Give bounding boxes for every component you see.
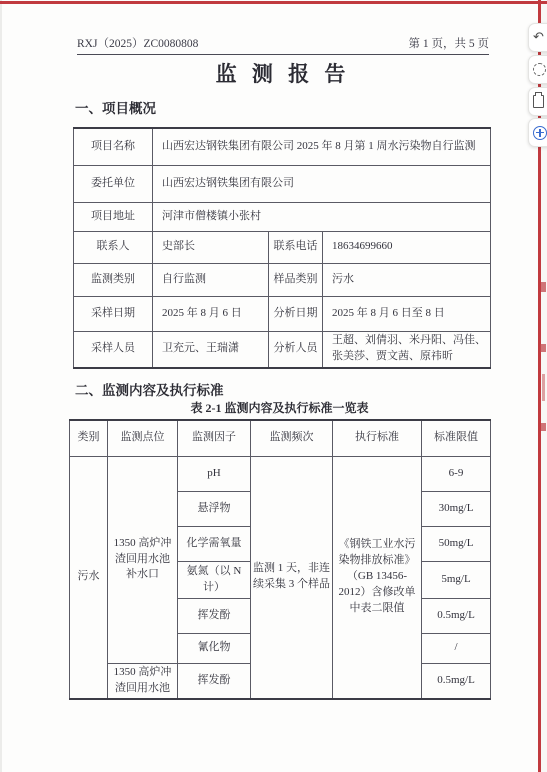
monitoring-point-cell: 1350 高炉冲渣回用水池补水口 <box>108 456 178 663</box>
factor-cell: 化学需氧量 <box>178 526 251 561</box>
limit-cell: 0.5mg/L <box>422 663 491 699</box>
red-stamp-fragment <box>541 423 546 431</box>
document-number: RXJ（2025）ZC0080808 <box>77 35 198 51</box>
category-cell: 污水 <box>70 456 108 699</box>
info-label-cell: 采样人员 <box>74 331 153 368</box>
limit-cell: 6-9 <box>422 456 491 491</box>
frequency-cell: 监测 1 天，非连续采集 3 个样品 <box>251 456 333 699</box>
info-row: 采样人员卫充元、王瑞潇分析人员王超、刘倩羽、米丹阳、冯佳、张美莎、贾文茜、原祎昕 <box>74 331 491 368</box>
info-value-cell: 2025 年 8 月 6 日 <box>153 296 269 331</box>
info-label-cell: 分析日期 <box>269 296 323 331</box>
info-value-cell: 山西宏达钢铁集团有限公司 2025 年 8 月第 1 周水污染物自行监测 <box>153 128 491 165</box>
info-row: 项目地址河津市僧楼镇小张村 <box>74 202 491 231</box>
info-row: 采样日期2025 年 8 月 6 日分析日期2025 年 8 月 6 日至 8 … <box>74 296 491 331</box>
factor-cell: 挥发酚 <box>178 598 251 633</box>
factor-cell: pH <box>178 456 251 491</box>
monitoring-table-body: 类别监测点位监测因子监测频次执行标准标准限值污水1350 高炉冲渣回用水池补水口… <box>70 420 491 699</box>
info-value-cell: 山西宏达钢铁集团有限公司 <box>153 165 491 202</box>
info-label-cell: 项目名称 <box>74 128 153 165</box>
project-info-table-body: 项目名称山西宏达钢铁集团有限公司 2025 年 8 月第 1 周水污染物自行监测… <box>74 128 491 368</box>
standard-cell: 《钢铁工业水污染物排放标准》（GB 13456-2012）含修改单中表二限值 <box>333 456 422 699</box>
monitor-row: 污水1350 高炉冲渣回用水池补水口pH监测 1 天，非连续采集 3 个样品《钢… <box>70 456 491 491</box>
report-title: 监 测 报 告 <box>77 58 489 88</box>
rotate-button[interactable] <box>528 55 547 84</box>
monitoring-point-cell: 1350 高炉冲渣回用水池 <box>108 663 178 699</box>
rotate-dashed-icon <box>533 63 546 76</box>
limit-cell: 50mg/L <box>422 526 491 561</box>
factor-cell: 挥发酚 <box>178 663 251 699</box>
limit-cell: / <box>422 633 491 663</box>
info-value-cell: 卫充元、王瑞潇 <box>153 331 269 368</box>
monitoring-standards-table: 类别监测点位监测因子监测频次执行标准标准限值污水1350 高炉冲渣回用水池补水口… <box>69 419 491 700</box>
project-info-table: 项目名称山西宏达钢铁集团有限公司 2025 年 8 月第 1 周水污染物自行监测… <box>73 127 491 369</box>
info-label-cell: 监测类别 <box>74 263 153 296</box>
page-number-text: 第 1 页，共 5 页 <box>409 35 490 51</box>
monitor-header-cell: 监测因子 <box>178 420 251 456</box>
copy-button[interactable] <box>528 87 547 116</box>
undo-button[interactable]: ↶ <box>528 23 547 52</box>
info-row: 项目名称山西宏达钢铁集团有限公司 2025 年 8 月第 1 周水污染物自行监测 <box>74 128 491 165</box>
limit-cell: 30mg/L <box>422 491 491 526</box>
info-label-cell: 样品类别 <box>269 263 323 296</box>
page-top-red-border <box>0 1 547 4</box>
red-stamp-fragment <box>541 282 546 292</box>
factor-cell: 氨氮（以 N 计） <box>178 561 251 598</box>
monitor-header-cell: 监测频次 <box>251 420 333 456</box>
monitor-header-cell: 监测点位 <box>108 420 178 456</box>
table2-caption: 表 2-1 监测内容及执行标准一览表 <box>69 399 490 416</box>
info-row: 监测类别自行监测样品类别污水 <box>74 263 491 296</box>
info-value-cell: 河津市僧楼镇小张村 <box>153 202 491 231</box>
factor-cell: 氰化物 <box>178 633 251 663</box>
section1-heading: 一、项目概况 <box>75 97 156 117</box>
info-row: 委托单位山西宏达钢铁集团有限公司 <box>74 165 491 202</box>
monitor-header-row: 类别监测点位监测因子监测频次执行标准标准限值 <box>70 420 491 456</box>
info-label-cell: 采样日期 <box>74 296 153 331</box>
info-value-cell: 污水 <box>323 263 491 296</box>
info-label-cell: 项目地址 <box>74 202 153 231</box>
document-header: RXJ（2025）ZC0080808 第 1 页，共 5 页 <box>77 33 489 55</box>
monitor-header-cell: 标准限值 <box>422 420 491 456</box>
red-stamp-fragment <box>542 374 545 401</box>
limit-cell: 5mg/L <box>422 561 491 598</box>
zoom-in-icon <box>533 126 547 140</box>
info-value-cell: 18634699660 <box>323 231 491 263</box>
undo-arrow-icon: ↶ <box>533 31 544 44</box>
scan-left-edge <box>0 0 2 772</box>
info-label-cell: 联系电话 <box>269 231 323 263</box>
info-row: 联系人史部长联系电话18634699660 <box>74 231 491 263</box>
info-value-cell: 王超、刘倩羽、米丹阳、冯佳、张美莎、贾文茜、原祎昕 <box>323 331 491 368</box>
info-value-cell: 自行监测 <box>153 263 269 296</box>
factor-cell: 悬浮物 <box>178 491 251 526</box>
info-value-cell: 2025 年 8 月 6 日至 8 日 <box>323 296 491 331</box>
red-stamp-fragment <box>540 344 546 352</box>
info-label-cell: 联系人 <box>74 231 153 263</box>
info-label-cell: 委托单位 <box>74 165 153 202</box>
monitor-header-cell: 执行标准 <box>333 420 422 456</box>
clipboard-icon <box>533 95 544 108</box>
limit-cell: 0.5mg/L <box>422 598 491 633</box>
section2-heading: 二、监测内容及执行标准 <box>75 379 224 399</box>
info-label-cell: 分析人员 <box>269 331 323 368</box>
monitor-header-cell: 类别 <box>70 420 108 456</box>
info-value-cell: 史部长 <box>153 231 269 263</box>
zoom-in-button[interactable] <box>528 118 547 147</box>
